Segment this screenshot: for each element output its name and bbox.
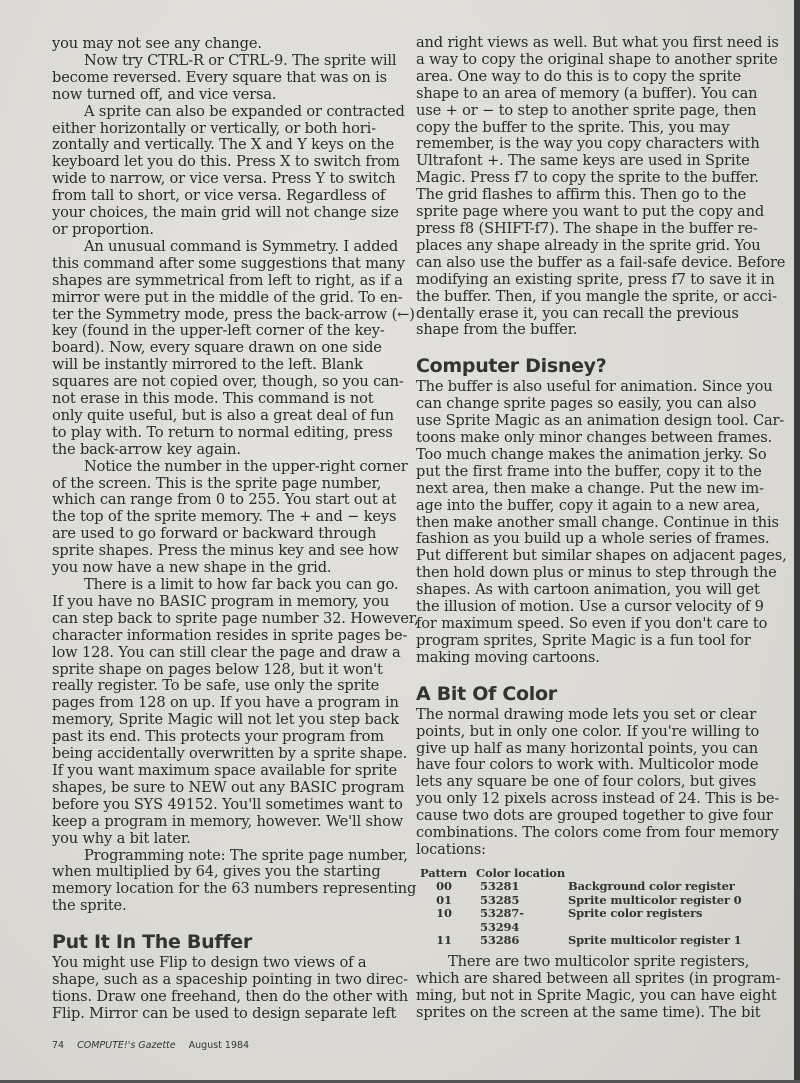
paragraph: Now try CTRL-R or CTRL-9. The sprite wil… <box>52 53 392 104</box>
table-cell: 01 <box>416 894 472 908</box>
text-line: only quite useful, but is also a great d… <box>52 408 392 425</box>
paragraph: The buffer is also useful for animation.… <box>416 379 764 666</box>
text-line: have four colors to work with. Multicolo… <box>416 757 764 774</box>
text-line: memory location for the 63 numbers repre… <box>52 881 392 898</box>
text-line: you why a bit later. <box>52 831 392 848</box>
text-line: fashion as you build up a whole series o… <box>416 531 764 548</box>
text-line: board). Now, every square drawn on one s… <box>52 340 392 357</box>
text-line: places any shape already in the sprite g… <box>416 238 764 255</box>
text-line: and right views as well. But what you fi… <box>416 35 764 52</box>
text-line: not erase in this mode. This command is … <box>52 391 392 408</box>
text-line: There is a limit to how far back you can… <box>52 577 392 594</box>
page-footer: 74 COMPUTE!'s Gazette August 1984 <box>52 1040 249 1051</box>
text-line: dentally erase it, you can recall the pr… <box>416 306 764 323</box>
color-pattern-table: Pattern Color location 00 53281 Backgrou… <box>416 867 764 948</box>
page-edge-shadow <box>794 0 800 1080</box>
text-line: ming, but not in Sprite Magic, you can h… <box>416 988 764 1005</box>
text-line: modifying an existing sprite, press f7 t… <box>416 272 764 289</box>
text-line: then hold down plus or minus to step thr… <box>416 565 764 582</box>
text-line: Too much change makes the animation jerk… <box>416 447 764 464</box>
text-line: squares are not copied over, though, so … <box>52 374 392 391</box>
text-line: Magic. Press f7 to copy the sprite to th… <box>416 170 764 187</box>
text-line: key (found in the upper-left corner of t… <box>52 323 392 340</box>
text-line: remember, is the way you copy characters… <box>416 136 764 153</box>
text-line: sprites on the screen at the same time).… <box>416 1005 764 1022</box>
text-line: program sprites, Sprite Magic is a fun t… <box>416 633 764 650</box>
text-line: next area, then make a change. Put the n… <box>416 481 764 498</box>
paragraph: An unusual command is Symmetry. I added … <box>52 239 392 459</box>
table-cell: Sprite multicolor register 1 <box>568 934 764 948</box>
text-line: sprite shapes. Press the minus key and s… <box>52 543 392 560</box>
paragraph: and right views as well. But what you fi… <box>416 35 764 339</box>
table-row: 10 53287- Sprite color registers <box>416 907 764 921</box>
text-line: You might use Flip to design two views o… <box>52 955 392 972</box>
paragraph: Notice the number in the upper-right cor… <box>52 459 392 577</box>
text-line: If you want maximum space available for … <box>52 763 392 780</box>
paragraph: You might use Flip to design two views o… <box>52 955 392 1023</box>
text-line: Notice the number in the upper-right cor… <box>52 459 392 476</box>
text-line: Put different but similar shapes on adja… <box>416 548 764 565</box>
text-line: shapes. As with cartoon animation, you w… <box>416 582 764 599</box>
text-line: mirror were put in the middle of the gri… <box>52 290 392 307</box>
table-cell <box>568 921 764 935</box>
text-line: the buffer. Then, if you mangle the spri… <box>416 289 764 306</box>
section-heading: Computer Disney? <box>416 355 764 377</box>
text-line: making moving cartoons. <box>416 650 764 667</box>
text-line: use Sprite Magic as an animation design … <box>416 413 764 430</box>
text-line: can also use the buffer as a fail-safe d… <box>416 255 764 272</box>
text-line: character information resides in sprite … <box>52 628 392 645</box>
text-line: shape, such as a spaceship pointing in t… <box>52 972 392 989</box>
text-line: are used to go forward or backward throu… <box>52 526 392 543</box>
text-line: copy the buffer to the sprite. This, you… <box>416 120 764 137</box>
text-line: for maximum speed. So even if you don't … <box>416 616 764 633</box>
paragraph: you may not see any change. <box>52 36 392 53</box>
text-line: Now try CTRL-R or CTRL-9. The sprite wil… <box>52 53 392 70</box>
text-line: a way to copy the original shape to anot… <box>416 52 764 69</box>
text-line: memory, Sprite Magic will not let you st… <box>52 712 392 729</box>
table-cell: 53294 <box>472 921 568 935</box>
table-row: 01 53285 Sprite multicolor register 0 <box>416 894 764 908</box>
text-line: keep a program in memory, however. We'll… <box>52 814 392 831</box>
column-header <box>564 867 764 881</box>
text-line: really register. To be safe, use only th… <box>52 678 392 695</box>
paragraph: Programming note: The sprite page number… <box>52 848 392 916</box>
text-line: which are shared between all sprites (in… <box>416 971 764 988</box>
text-line: shape to an area of memory (a buffer). Y… <box>416 86 764 103</box>
text-line: tions. Draw one freehand, then do the ot… <box>52 989 392 1006</box>
text-line: shapes, be sure to NEW out any BASIC pro… <box>52 780 392 797</box>
table-cell <box>416 921 472 935</box>
text-line: combinations. The colors come from four … <box>416 825 764 842</box>
text-line: put the first frame into the buffer, cop… <box>416 464 764 481</box>
text-line: A sprite can also be expanded or contrac… <box>52 104 392 121</box>
section-heading: Put It In The Buffer <box>52 931 392 953</box>
text-line: this command after some suggestions that… <box>52 256 392 273</box>
text-line: become reversed. Every square that was o… <box>52 70 392 87</box>
table-cell: Sprite color registers <box>568 907 764 921</box>
text-line: wide to narrow, or vice versa. Press Y t… <box>52 171 392 188</box>
text-line: which can range from 0 to 255. You start… <box>52 492 392 509</box>
left-column: you may not see any change. Now try CTRL… <box>52 36 392 1023</box>
paragraph: The normal drawing mode lets you set or … <box>416 707 764 859</box>
text-line: use + or − to step to another sprite pag… <box>416 103 764 120</box>
text-line: ter the Symmetry mode, press the back-ar… <box>52 307 392 324</box>
text-line: or proportion. <box>52 222 392 239</box>
table-cell: 53287- <box>472 907 568 921</box>
text-line: being accidentally overwritten by a spri… <box>52 746 392 763</box>
text-line: An unusual command is Symmetry. I added <box>52 239 392 256</box>
paragraph: There are two multicolor sprite register… <box>416 954 764 1022</box>
table-cell: 53285 <box>472 894 568 908</box>
text-line: press f8 (SHIFT-f7). The shape in the bu… <box>416 221 764 238</box>
text-line: If you have no BASIC program in memory, … <box>52 594 392 611</box>
text-line: points, but in only one color. If you're… <box>416 724 764 741</box>
text-line: sprite shape on pages below 128, but it … <box>52 662 392 679</box>
table-cell: 10 <box>416 907 472 921</box>
page-number: 74 <box>52 1040 64 1051</box>
text-line: shape from the buffer. <box>416 322 764 339</box>
text-line: keyboard let you do this. Press X to swi… <box>52 154 392 171</box>
text-line: Programming note: The sprite page number… <box>52 848 392 865</box>
column-header: Color location <box>472 867 564 881</box>
paragraph: There is a limit to how far back you can… <box>52 577 392 848</box>
table-row: 11 53286 Sprite multicolor register 1 <box>416 934 764 948</box>
text-line: zontally and vertically. The X and Y key… <box>52 137 392 154</box>
text-line: the back-arrow key again. <box>52 442 392 459</box>
text-line: low 128. You can still clear the page an… <box>52 645 392 662</box>
column-header: Pattern <box>416 867 472 881</box>
text-line: shapes are symmetrical from left to righ… <box>52 273 392 290</box>
table-row: 53294 <box>416 921 764 935</box>
text-line: then make another small change. Continue… <box>416 515 764 532</box>
table-row: 00 53281 Background color register <box>416 880 764 894</box>
magazine-name: COMPUTE!'s Gazette <box>77 1040 176 1051</box>
table-cell: 53286 <box>472 934 568 948</box>
table-cell: 00 <box>416 880 472 894</box>
table-cell: 11 <box>416 934 472 948</box>
section-heading: A Bit Of Color <box>416 683 764 705</box>
table-cell: Background color register <box>568 880 764 894</box>
text-line: you now have a new shape in the grid. <box>52 560 392 577</box>
text-line: The grid flashes to affirm this. Then go… <box>416 187 764 204</box>
text-line: can step back to sprite page number 32. … <box>52 611 392 628</box>
text-line: toons make only minor changes between fr… <box>416 430 764 447</box>
text-line: the illusion of motion. Use a cursor vel… <box>416 599 764 616</box>
text-line: sprite page where you want to put the co… <box>416 204 764 221</box>
text-line: pages from 128 on up. If you have a prog… <box>52 695 392 712</box>
table-cell: Sprite multicolor register 0 <box>568 894 764 908</box>
table-header: Pattern Color location <box>416 867 764 881</box>
text-line: Ultrafont +. The same keys are used in S… <box>416 153 764 170</box>
text-line: your choices, the main grid will not cha… <box>52 205 392 222</box>
text-line: The normal drawing mode lets you set or … <box>416 707 764 724</box>
text-line: There are two multicolor sprite register… <box>416 954 764 971</box>
text-line: cause two dots are grouped together to g… <box>416 808 764 825</box>
text-line: age into the buffer, copy it again to a … <box>416 498 764 515</box>
table-cell: 53281 <box>472 880 568 894</box>
right-column: and right views as well. But what you fi… <box>416 35 764 1022</box>
text-line: the sprite. <box>52 898 392 915</box>
text-line: now turned off, and vice versa. <box>52 87 392 104</box>
paragraph: A sprite can also be expanded or contrac… <box>52 104 392 239</box>
text-line: will be instantly mirrored to the left. … <box>52 357 392 374</box>
text-line: from tall to short, or vice versa. Regar… <box>52 188 392 205</box>
text-line: of the screen. This is the sprite page n… <box>52 476 392 493</box>
text-line: past its end. This protects your program… <box>52 729 392 746</box>
text-line: give up half as many horizontal points, … <box>416 741 764 758</box>
text-line: can change sprite pages so easily, you c… <box>416 396 764 413</box>
text-line: you only 12 pixels across instead of 24.… <box>416 791 764 808</box>
text-line: to play with. To return to normal editin… <box>52 425 392 442</box>
text-line: either horizontally or vertically, or bo… <box>52 121 392 138</box>
text-line: before you SYS 49152. You'll sometimes w… <box>52 797 392 814</box>
text-line: area. One way to do this is to copy the … <box>416 69 764 86</box>
text-line: Flip. Mirror can be used to design separ… <box>52 1006 392 1023</box>
text-line: The buffer is also useful for animation.… <box>416 379 764 396</box>
text-line: you may not see any change. <box>52 36 392 53</box>
issue-date: August 1984 <box>189 1040 249 1051</box>
text-line: lets any square be one of four colors, b… <box>416 774 764 791</box>
text-line: when multiplied by 64, gives you the sta… <box>52 864 392 881</box>
text-line: locations: <box>416 842 764 859</box>
text-line: the top of the sprite memory. The + and … <box>52 509 392 526</box>
magazine-page: you may not see any change. Now try CTRL… <box>0 0 800 1083</box>
